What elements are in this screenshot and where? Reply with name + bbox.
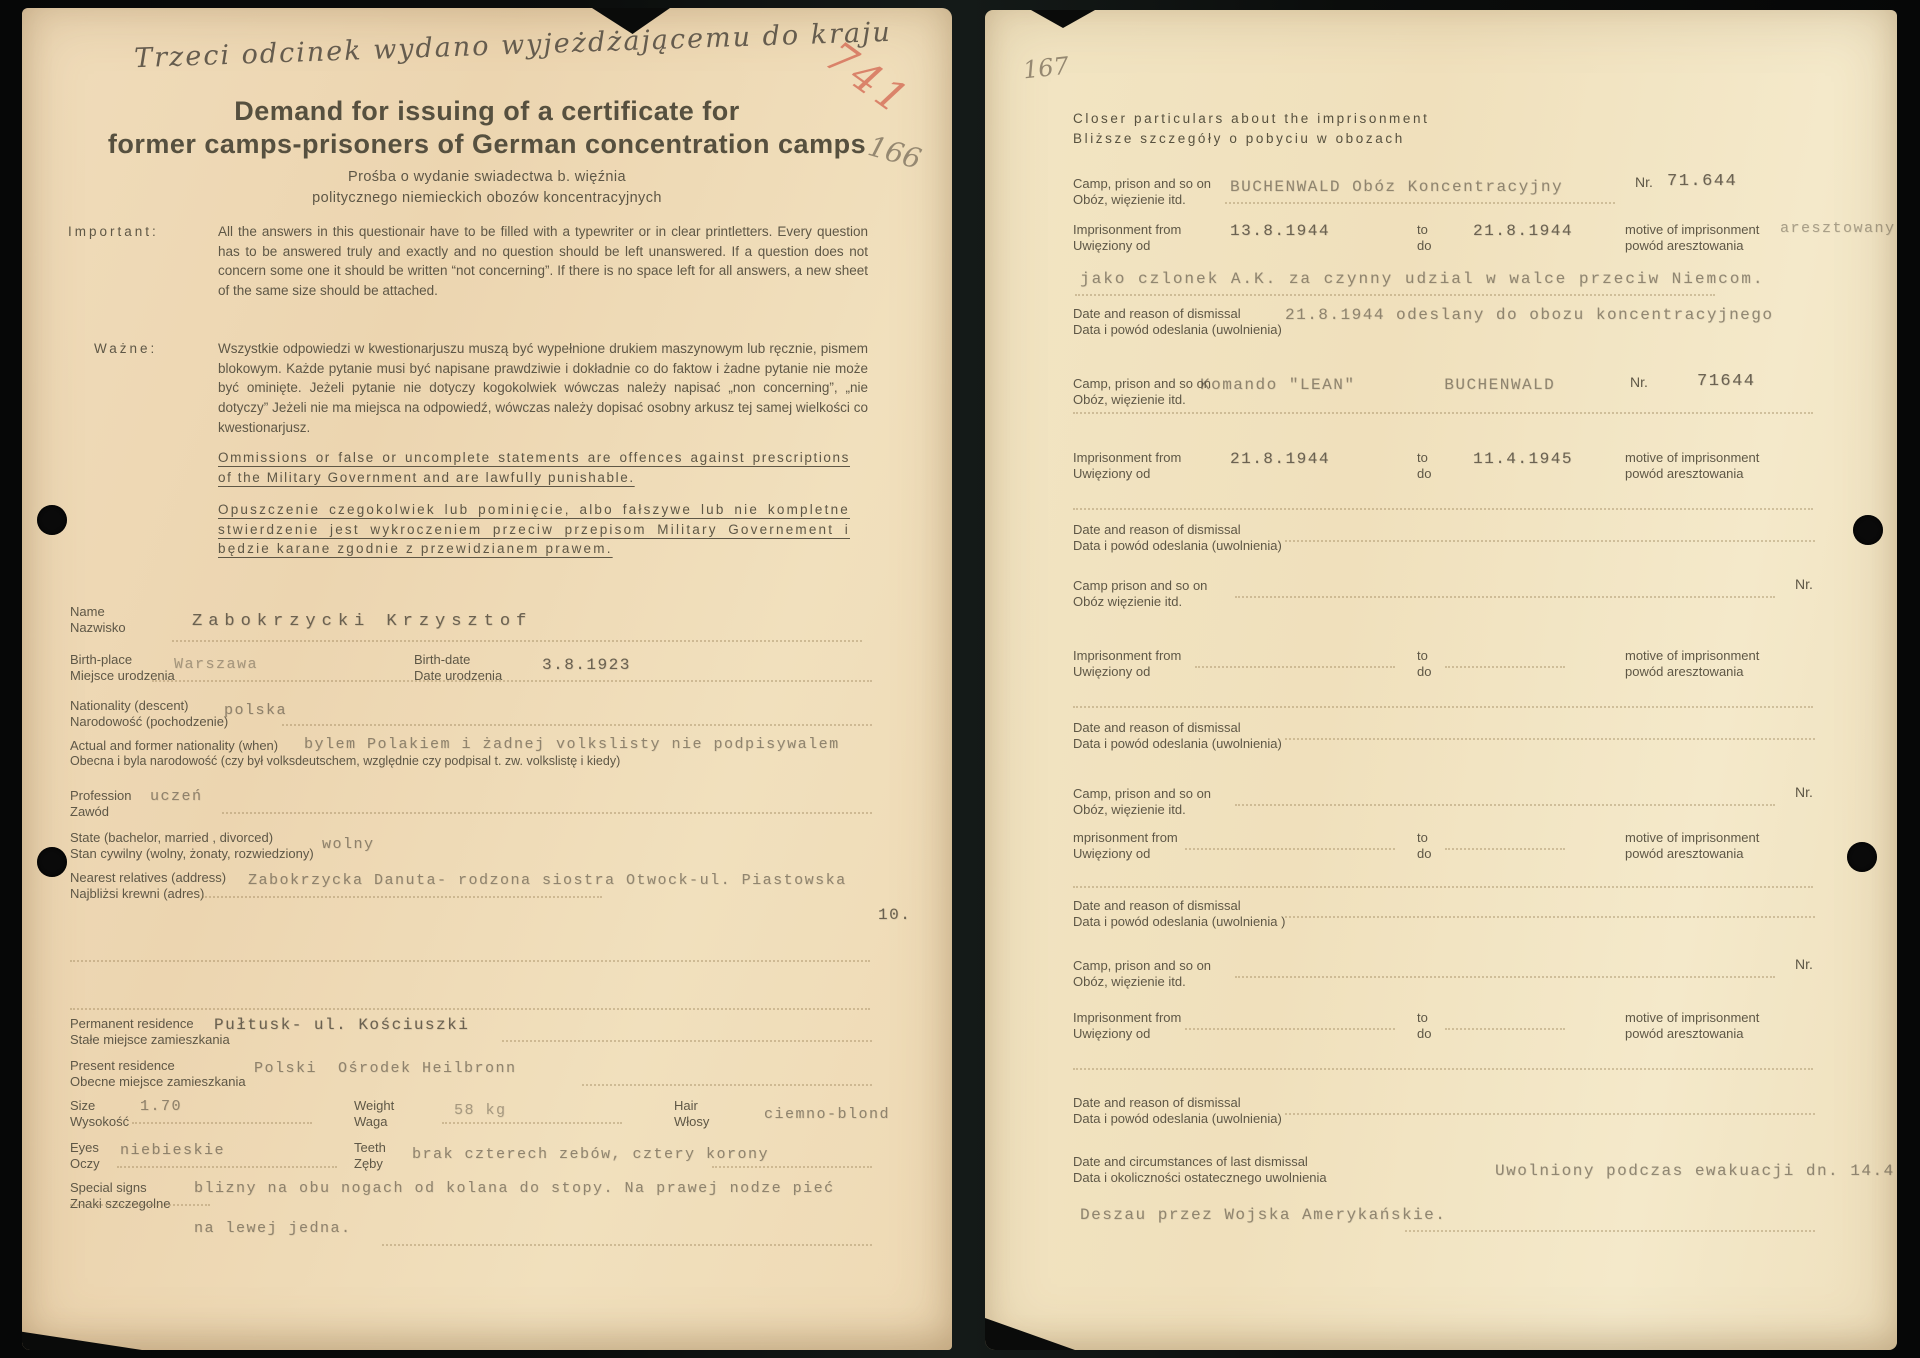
motive-value: aresztowany w W [1780, 220, 1895, 237]
questionnaire-page-right: 167 Closer particulars about the impriso… [985, 10, 1897, 1350]
weight-label: Weight Waga [354, 1098, 394, 1131]
warning-polish: Opuszczenie czegokolwiek lub pominięcie,… [218, 500, 850, 559]
permanent-residence-label: Permanent residence Stałe miejsce zamies… [70, 1016, 230, 1049]
profession-value: uczeń [150, 788, 203, 805]
to-label: to do [1417, 1010, 1431, 1043]
nr-value: 71644 [1697, 372, 1756, 391]
form-title-line2: former camps-prisoners of German concent… [22, 129, 952, 160]
form-title-line1: Demand for issuing of a certificate for [22, 96, 952, 127]
nr-value: 71.644 [1667, 172, 1737, 191]
last-dismissal-value-line1: Uwolniony podczas ewakuacji dn. 14.4.194… [1495, 1162, 1895, 1180]
motive-label: motive of imprisonment powód aresztowani… [1625, 1010, 1759, 1043]
nr-label: Nr. [1630, 374, 1648, 392]
hair-label: Hair Włosy [674, 1098, 709, 1131]
birth-place-value: Warszawa [174, 656, 258, 673]
camp-value: BUCHENWALD Obóz Koncentracyjny [1230, 178, 1563, 196]
relatives-value-continued: 10. [878, 906, 911, 924]
paper-tear [22, 1324, 142, 1350]
nr-label: Nr. [1795, 576, 1813, 594]
birth-date-value: 3.8.1923 [542, 656, 631, 674]
special-signs-value: blizny na obu nogach od kolana do stopy.… [194, 1180, 934, 1197]
section-header-pl: Bliższe szczegóły o pobyciu w obozach [1073, 128, 1405, 150]
size-value: 1.70 [140, 1098, 182, 1115]
hole-punch [1847, 842, 1877, 872]
motive-label: motive of imprisonment powód aresztowani… [1625, 648, 1759, 681]
imprisonment-extra-line: jako czlonek A.K. za czynny udzial w wal… [1080, 270, 1765, 288]
camp-label: Camp, prison and so on Obóz, więzienie i… [1073, 376, 1211, 409]
motive-label: motive of imprisonment powód aresztowani… [1625, 830, 1759, 863]
to-label: to do [1417, 450, 1431, 483]
imprisonment-to-value: 21.8.1944 [1473, 222, 1573, 240]
imprisonment-label: Imprisonment from Uwięziony od [1073, 222, 1181, 255]
nr-label: Nr. [1635, 174, 1653, 192]
eyes-value: niebieskie [120, 1142, 225, 1159]
name-label: Name Nazwisko [70, 604, 126, 637]
state-label: State (bachelor, married , divorced) Sta… [70, 830, 314, 863]
handwritten-note: Trzeci odcinek wydano wyjeżdżającemu do … [134, 17, 893, 74]
last-dismissal-label: Date and circumstances of last dismissal… [1073, 1154, 1327, 1187]
nr-label: Nr. [1795, 956, 1813, 974]
camp-label: Camp, prison and so on Obóz, więzienie i… [1073, 958, 1211, 991]
imprisonment-to-value: 11.4.1945 [1473, 450, 1573, 468]
nationality-value: polska [224, 702, 287, 719]
hole-punch [37, 847, 67, 877]
paper-tear [985, 1310, 1075, 1350]
relatives-value: Zabokrzycka Danuta- rodzona siostra Otwo… [248, 872, 908, 889]
name-value: Zabokrzycki Krzysztof [192, 612, 532, 631]
hole-punch [1853, 515, 1883, 545]
nr-label: Nr. [1795, 784, 1813, 802]
dismissal-label: Date and reason of dismissal Data i powó… [1073, 522, 1282, 555]
weight-value: 58 kg [454, 1102, 507, 1119]
camp-label: Camp, prison and so on Obóz, więzienie i… [1073, 786, 1211, 819]
dismissal-label: Date and reason of dismissal Data i powó… [1073, 306, 1282, 339]
pencil-page-number: 167 [1022, 52, 1070, 85]
dismissal-label: Date and reason of dismissal Data i powó… [1073, 720, 1282, 753]
paper-tear [1031, 10, 1095, 28]
hair-value: ciemno-blond [764, 1106, 890, 1123]
section-header-en: Closer particulars about the imprisonmen… [1073, 108, 1429, 130]
camp-label: Camp prison and so on Obóz więzienie itd… [1073, 578, 1207, 611]
motive-label: motive of imprisonment powód aresztowani… [1625, 222, 1759, 255]
camp-label: Camp, prison and so on Obóz, więzienie i… [1073, 176, 1211, 209]
teeth-value: brak czterech zebów, cztery korony [412, 1146, 922, 1163]
scanned-document: Trzeci odcinek wydano wyjeżdżającemu do … [0, 0, 1920, 1358]
dismissal-value: 21.8.1944 odeslany do obozu koncentracyj… [1285, 306, 1773, 324]
special-signs-value-line2: na lewej jedna. [194, 1220, 352, 1237]
hole-punch [37, 505, 67, 535]
wazne-label: Ważne: [94, 341, 157, 356]
motive-label: motive of imprisonment powód aresztowani… [1625, 450, 1759, 483]
important-text: All the answers in this questionair have… [218, 222, 868, 301]
permanent-residence-value: Pułtusk- ul. Kościuszki [214, 1016, 469, 1034]
imprisonment-label: mprisonment from Uwięziony od [1073, 830, 1178, 863]
questionnaire-page-left: Trzeci odcinek wydano wyjeżdżającemu do … [22, 8, 952, 1350]
size-label: Size Wysokość [70, 1098, 129, 1131]
imprisonment-from-value: 13.8.1944 [1230, 222, 1330, 240]
last-dismissal-value-line2: Deszau przez Wojska Amerykańskie. [1080, 1206, 1446, 1224]
form-subtitle-line1: Prośba o wydanie swiadectwa b. więźnia [22, 169, 952, 185]
imprisonment-label: Imprisonment from Uwięziony od [1073, 648, 1181, 681]
imprisonment-label: Imprisonment from Uwięziony od [1073, 1010, 1181, 1043]
to-label: to do [1417, 222, 1431, 255]
present-residence-label: Present residence Obecne miejsce zamiesz… [70, 1058, 246, 1091]
camp-value: Komando "LEAN" BUCHENWALD [1200, 376, 1555, 394]
form-subtitle-line2: politycznego niemieckich obozów koncentr… [22, 190, 952, 206]
imprisonment-from-value: 21.8.1944 [1230, 450, 1330, 468]
imprisonment-label: Imprisonment from Uwięziony od [1073, 450, 1181, 483]
warning-english: Ommissions or false or uncomplete statem… [218, 448, 850, 487]
state-value: wolny [322, 836, 375, 853]
wazne-text: Wszystkie odpowiedzi w kwestionarjuszu m… [218, 339, 868, 438]
dismissal-label: Date and reason of dismissal Data i powó… [1073, 898, 1285, 931]
to-label: to do [1417, 830, 1431, 863]
important-label: Important: [68, 224, 159, 239]
nationality-label: Nationality (descent) Narodowość (pochod… [70, 698, 228, 731]
profession-label: Profession Zawód [70, 788, 131, 821]
dismissal-label: Date and reason of dismissal Data i powó… [1073, 1095, 1282, 1128]
former-nationality-value: bylem Polakiem i żadnej volkslisty nie p… [304, 736, 904, 753]
present-residence-value: Polski Ośrodek Heilbronn [254, 1060, 517, 1077]
special-signs-label: Special signs Znaki szczegolne [70, 1180, 170, 1213]
to-label: to do [1417, 648, 1431, 681]
eyes-label: Eyes Oczy [70, 1140, 100, 1173]
teeth-label: Teeth Zęby [354, 1140, 386, 1173]
